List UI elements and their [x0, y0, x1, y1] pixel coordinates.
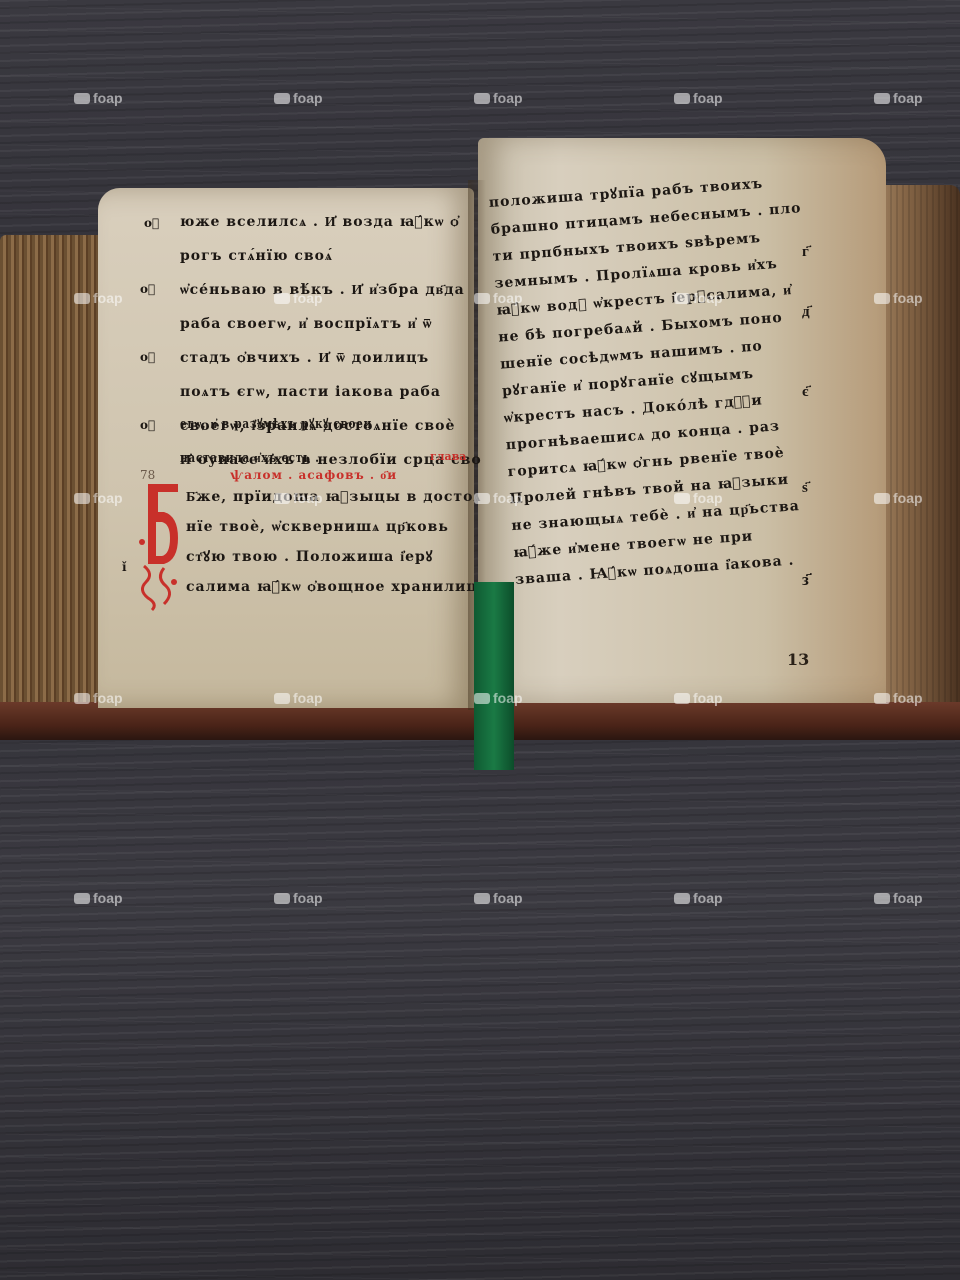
- text-line: ст҃ꙋю твою . Положиша і҆ерꙋ: [186, 542, 504, 572]
- margin-numeral: оⷡ: [140, 418, 155, 432]
- right-page-text: положиша трꙋпїа рабъ твоихъ брашно птица…: [488, 168, 827, 594]
- green-ribbon-bookmark: [474, 582, 514, 770]
- camera-icon: [274, 293, 290, 304]
- foap-watermark: foap: [674, 690, 723, 706]
- camera-icon: [674, 693, 690, 704]
- foap-watermark: foap: [474, 890, 523, 906]
- camera-icon: [474, 693, 490, 704]
- camera-icon: [674, 493, 690, 504]
- foap-watermark: foap: [274, 90, 323, 106]
- camera-icon: [274, 93, 290, 104]
- page-number: 13: [787, 650, 809, 669]
- foap-watermark: foap: [74, 490, 123, 506]
- foap-watermark: foap: [274, 490, 323, 506]
- camera-icon: [274, 693, 290, 704]
- foap-watermark: foap: [474, 290, 523, 306]
- camera-icon: [474, 493, 490, 504]
- text-line: Б҃же, прїидоша ꙗ҆зыцы в достоѧ: [186, 482, 504, 512]
- foap-watermark: foap: [674, 890, 723, 906]
- foap-watermark: foap: [874, 490, 923, 506]
- foap-watermark: foap: [474, 690, 523, 706]
- text-line: егѡ, и҆ в разꙋмѣхъ рꙋкꙋ своеи: [180, 408, 372, 442]
- foap-watermark: foap: [874, 90, 923, 106]
- camera-icon: [74, 493, 90, 504]
- psalm-heading: ѱалом . асафовъ . о҃и: [230, 468, 397, 483]
- text-line: нїе твоѐ, ѡ҆сквернишѧ цр҃ковь: [186, 512, 504, 542]
- foap-watermark: foap: [274, 290, 323, 306]
- foap-watermark: foap: [674, 290, 723, 306]
- verse-number: 78: [140, 468, 155, 482]
- camera-icon: [874, 93, 890, 104]
- foap-watermark: foap: [674, 90, 723, 106]
- foap-watermark: foap: [474, 490, 523, 506]
- foap-watermark: foap: [874, 890, 923, 906]
- camera-icon: [74, 893, 90, 904]
- camera-icon: [874, 493, 890, 504]
- camera-icon: [674, 293, 690, 304]
- foap-watermark: foap: [74, 90, 123, 106]
- camera-icon: [274, 493, 290, 504]
- camera-icon: [874, 293, 890, 304]
- camera-icon: [874, 893, 890, 904]
- margin-numeral: є҃: [802, 382, 808, 401]
- foap-watermark: foap: [874, 290, 923, 306]
- camera-icon: [474, 893, 490, 904]
- margin-numeral: оⷡ: [144, 216, 159, 230]
- chapter-label: глава: [430, 450, 466, 463]
- foap-watermark: foap: [74, 690, 123, 706]
- margin-numeral: г҃: [802, 242, 809, 261]
- camera-icon: [274, 893, 290, 904]
- camera-icon: [874, 693, 890, 704]
- foap-watermark: foap: [674, 490, 723, 506]
- text-line: раба своегѡ, и҆ воспрїѧтъ и҆ ѿ: [180, 307, 482, 341]
- open-book: оⷡ оⷢ оⷣ оⷡ ǐ юже вселилсѧ . И҆ возда ꙗ҆…: [0, 130, 960, 740]
- text-line: рогъ стѧ́нїю своѧ́: [180, 239, 482, 273]
- text-line: стадъ ѻ҆вчихъ . И҆ ѿ доилицъ: [180, 341, 482, 375]
- margin-numeral: ѕ҃: [802, 478, 808, 497]
- psalm-text: Б҃же, прїидоша ꙗ҆зыцы в достоѧ нїе твоѐ,…: [186, 482, 504, 602]
- foap-watermark: foap: [74, 890, 123, 906]
- foap-watermark: foap: [874, 690, 923, 706]
- camera-icon: [674, 893, 690, 904]
- margin-numeral: з҃: [802, 570, 809, 590]
- text-line: ѡ҆се́ньваю в вѣ́къ . И҆ и҆збра дв҃да: [180, 273, 482, 307]
- foap-watermark: foap: [274, 690, 323, 706]
- foap-watermark: foap: [274, 890, 323, 906]
- decorated-initial-letter-icon: [134, 482, 184, 612]
- left-page-text-end: егѡ, и҆ в разꙋмѣхъ рꙋкꙋ своеи наставила …: [180, 408, 372, 476]
- camera-icon: [74, 293, 90, 304]
- camera-icon: [74, 693, 90, 704]
- camera-icon: [74, 93, 90, 104]
- camera-icon: [674, 93, 690, 104]
- camera-icon: [474, 293, 490, 304]
- margin-numeral: оⷣ: [140, 350, 155, 364]
- margin-numeral: д҃: [802, 302, 810, 321]
- camera-icon: [474, 93, 490, 104]
- text-line: юже вселилсѧ . И҆ возда ꙗ҆́кѡ ѻ҆: [180, 205, 482, 239]
- text-line: поѧтъ єгѡ, пасти іаковa раба: [180, 375, 482, 409]
- text-line: салима ꙗ҆́кѡ ѻ҆вощное хранилище .: [186, 572, 504, 602]
- margin-numeral: оⷢ: [140, 282, 155, 296]
- margin-numeral: ǐ: [122, 560, 127, 574]
- foap-watermark: foap: [74, 290, 123, 306]
- foap-watermark: foap: [474, 90, 523, 106]
